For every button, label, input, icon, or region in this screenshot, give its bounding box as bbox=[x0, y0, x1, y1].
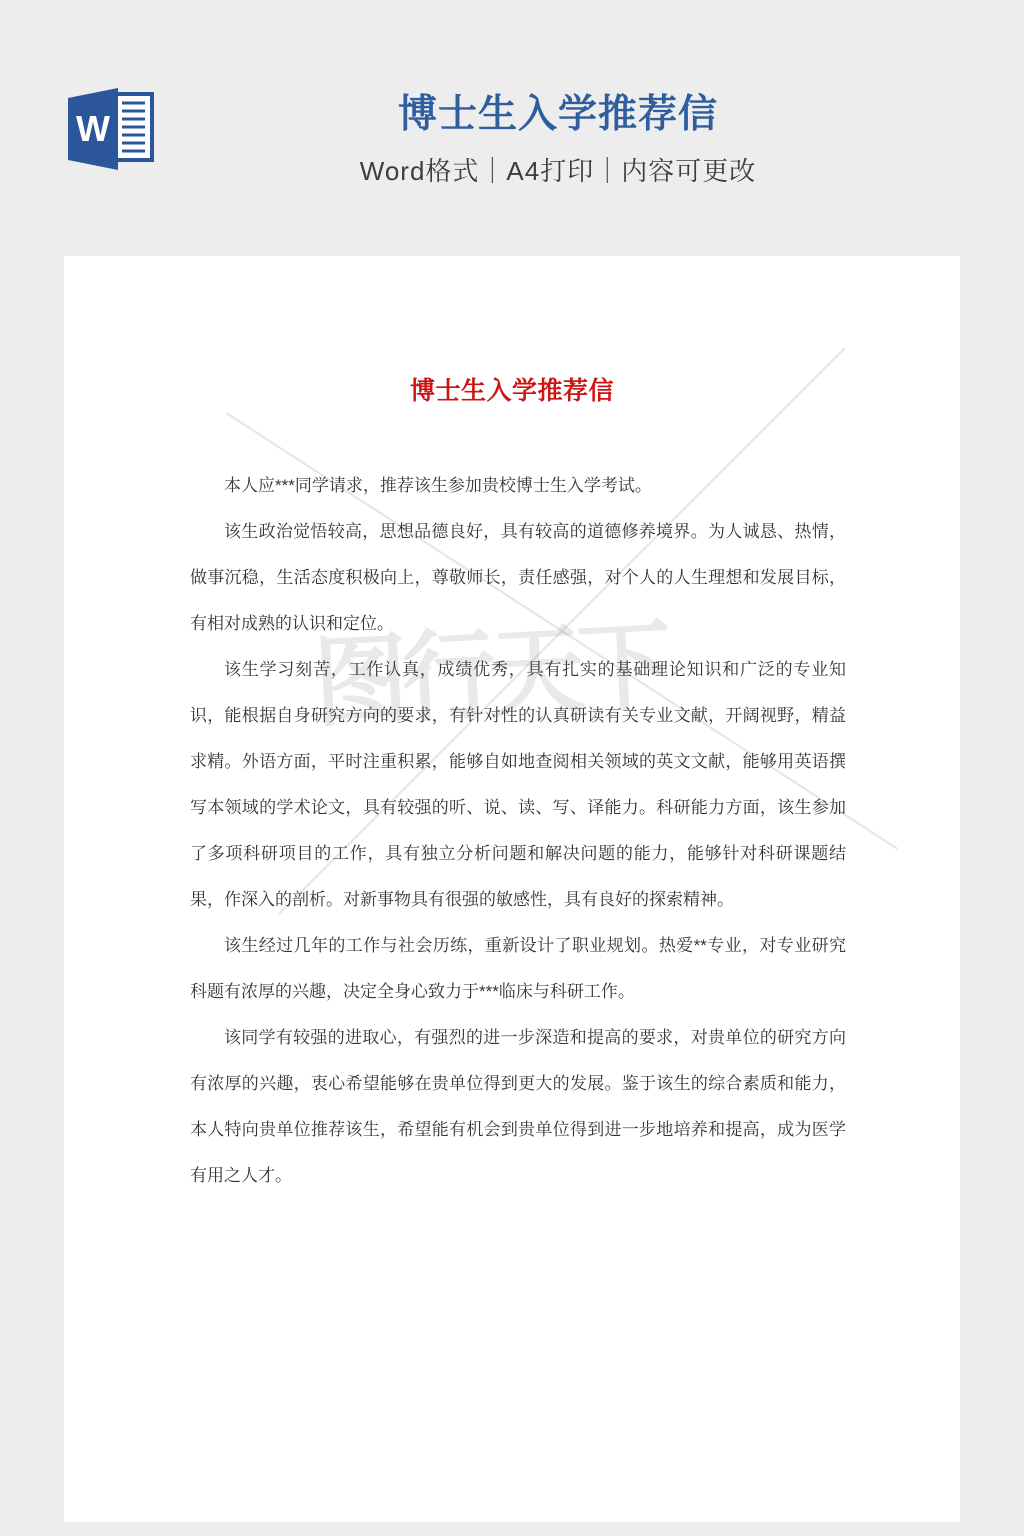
letter-paragraph: 该生经过几年的工作与社会历练，重新设计了职业规划。热爱**专业，对专业研究科题有… bbox=[190, 923, 846, 1015]
header: 博士生入学推荐信 Word格式｜A4打印｜内容可更改 bbox=[92, 92, 1024, 188]
letter-paragraph: 本人应***同学请求，推荐该生参加贵校博士生入学考试。 bbox=[190, 463, 846, 509]
document-page: 图行天下 博士生入学推荐信 本人应***同学请求，推荐该生参加贵校博士生入学考试… bbox=[64, 256, 960, 1522]
letter-paragraph: 该生学习刻苦，工作认真，成绩优秀，具有扎实的基础理论知识和广泛的专业知识，能根据… bbox=[190, 647, 846, 923]
letter-paragraph: 该同学有较强的进取心，有强烈的进一步深造和提高的要求，对贵单位的研究方向有浓厚的… bbox=[190, 1015, 846, 1199]
letter-title: 博士生入学推荐信 bbox=[64, 256, 960, 407]
template-title: 博士生入学推荐信 bbox=[92, 92, 1024, 139]
template-preview-page: { "header": { "word_icon_letter": "W", "… bbox=[0, 0, 1024, 1536]
template-subtitle: Word格式｜A4打印｜内容可更改 bbox=[92, 151, 1024, 188]
letter-paragraph: 该生政治觉悟较高，思想品德良好，具有较高的道德修养境界。为人诚恳、热情，做事沉稳… bbox=[190, 509, 846, 647]
letter-body: 本人应***同学请求，推荐该生参加贵校博士生入学考试。该生政治觉悟较高，思想品德… bbox=[190, 463, 846, 1199]
